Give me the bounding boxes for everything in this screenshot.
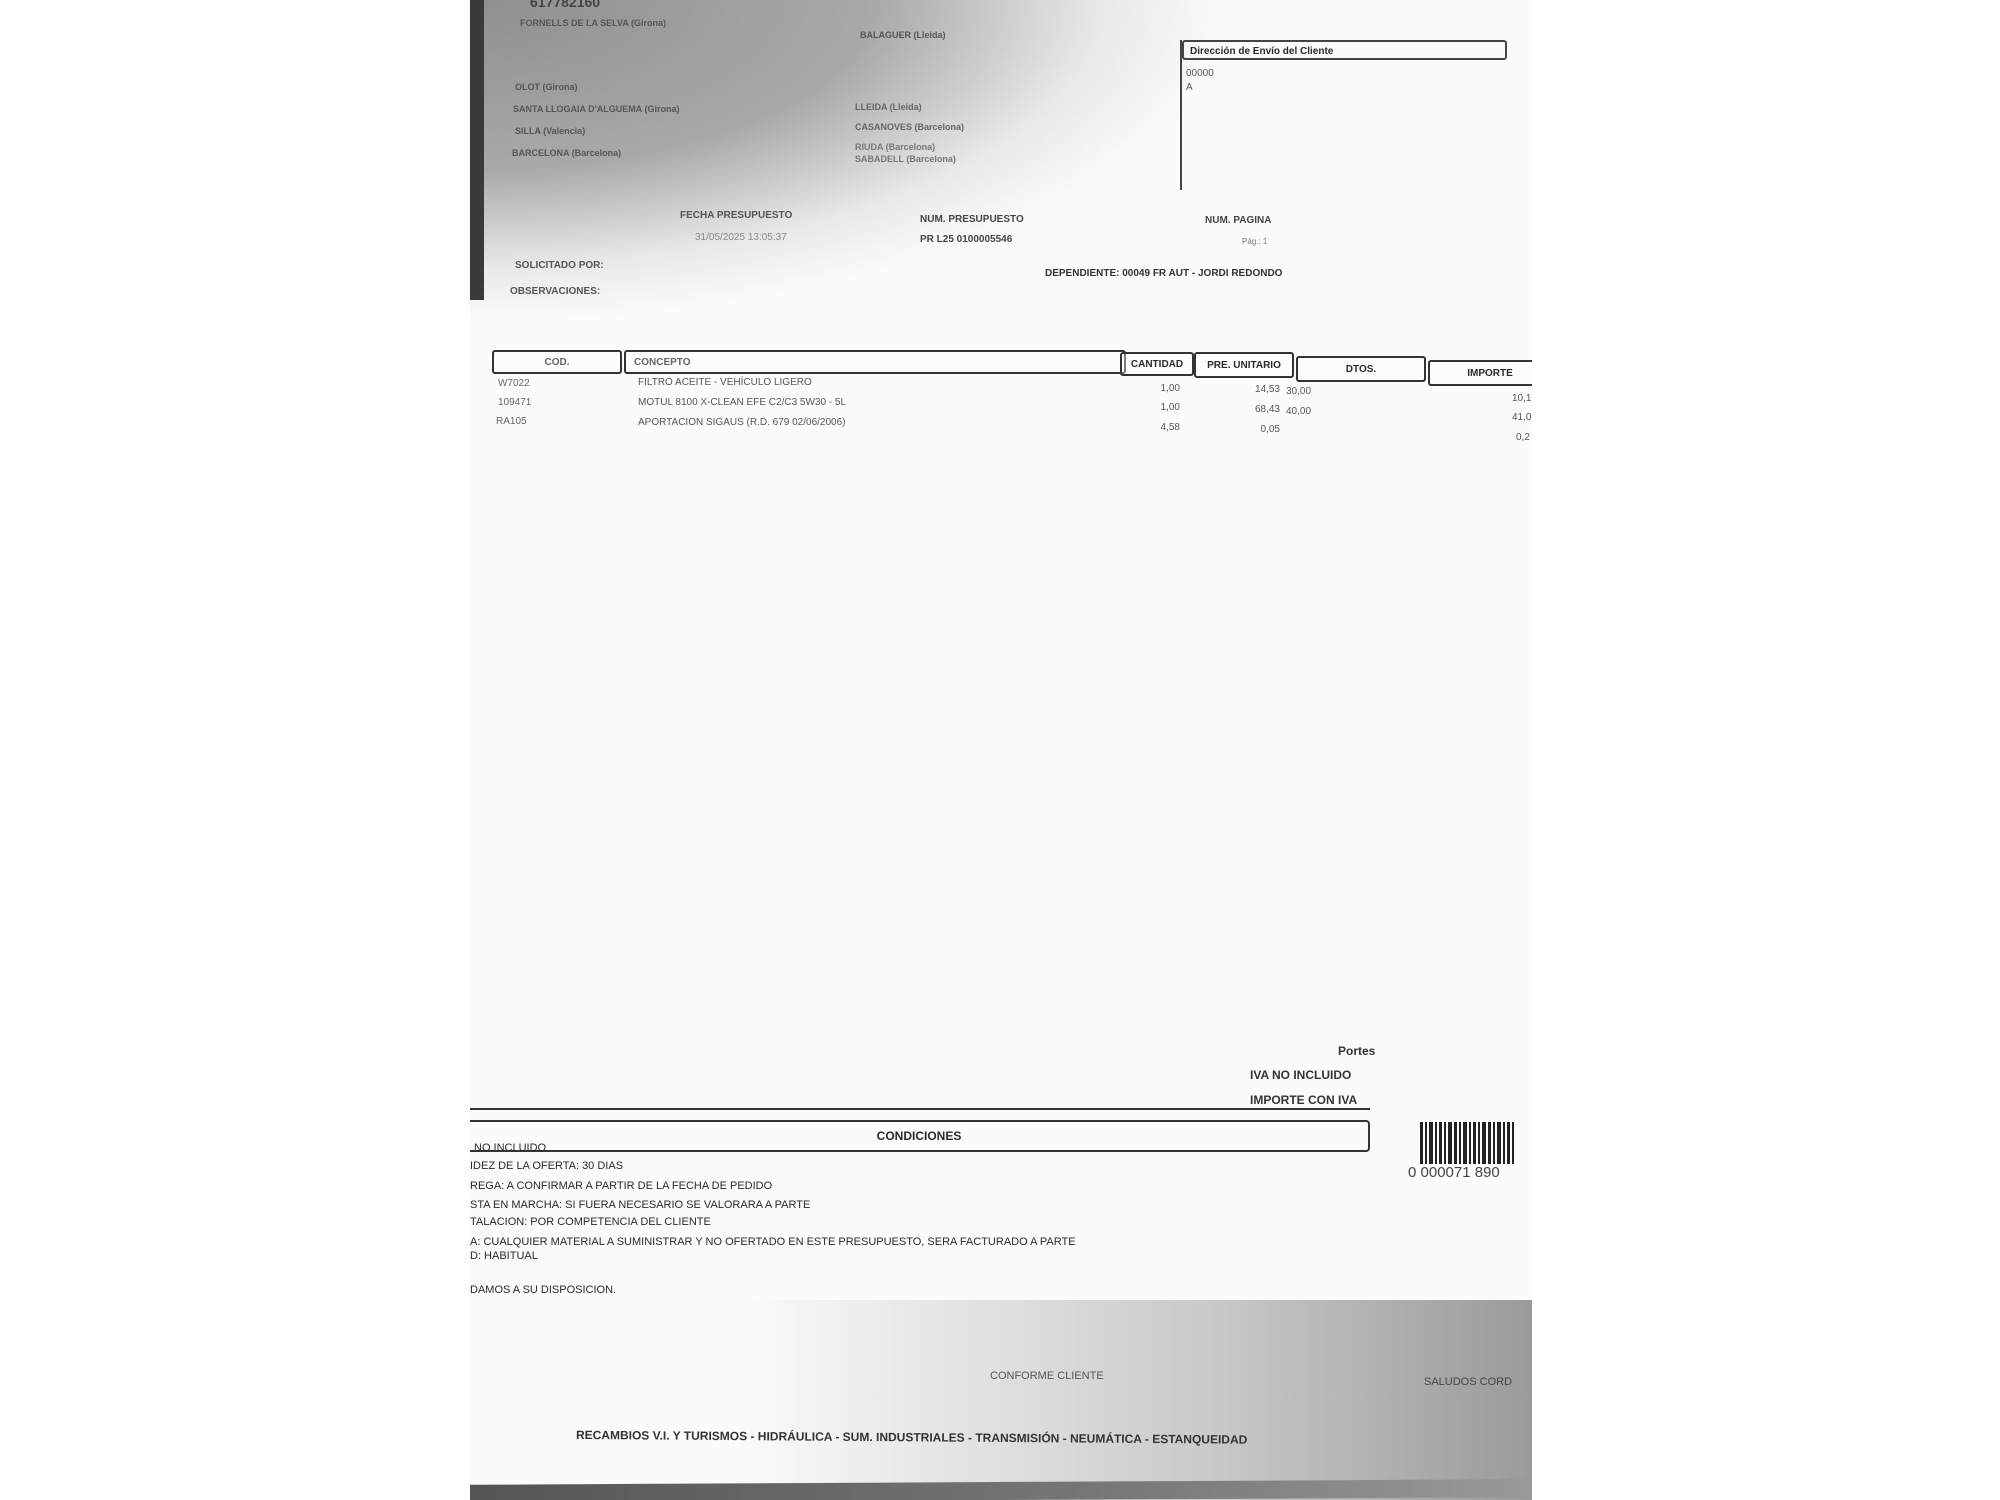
branch-left-4: BARCELONA (Barcelona) xyxy=(512,148,621,158)
shipping-line: A xyxy=(1186,82,1193,93)
scan-shadow-bottom xyxy=(470,1300,1532,1500)
condition-line: IDEZ DE LA OFERTA: 30 DIAS xyxy=(470,1160,623,1172)
condition-line: A: CUALQUIER MATERIAL A SUMINISTRAR Y NO… xyxy=(470,1236,1076,1248)
shipping-title: Dirección de Envío del Cliente xyxy=(1182,40,1507,60)
phone-header: 617782160 xyxy=(530,0,600,10)
col-header-importe: IMPORTE xyxy=(1428,360,1532,386)
scan-edge xyxy=(470,0,484,300)
col-header-dtos: DTOS. xyxy=(1296,356,1426,382)
condition-line: REGA: A CONFIRMAR A PARTIR DE LA FECHA D… xyxy=(470,1180,772,1192)
row-concepto: FILTRO ACEITE - VEHÍCULO LIGERO xyxy=(638,377,812,388)
solicitado-label: SOLICITADO POR: xyxy=(515,260,604,271)
num-pagina-label: NUM. PAGINA xyxy=(1205,215,1271,226)
conforme-cliente: CONFORME CLIENTE xyxy=(990,1370,1104,1382)
barcode-number: 0 000071 890 xyxy=(1408,1164,1500,1181)
scanned-quote-page: 617782160 FORNELLS DE LA SELVA (Girona) … xyxy=(470,0,1532,1500)
col-header-precio: PRE. UNITARIO xyxy=(1194,352,1294,378)
row-dto: 40,00 xyxy=(1286,406,1311,417)
condition-line: D: HABITUAL xyxy=(470,1250,538,1262)
num-presupuesto-label: NUM. PRESUPUESTO xyxy=(920,214,1024,225)
row-concepto: MOTUL 8100 X-CLEAN EFE C2/C3 5W30 - 5L xyxy=(638,397,846,408)
branch-right-4: SABADELL (Barcelona) xyxy=(855,154,956,164)
row-cod: W7022 xyxy=(498,378,530,389)
condition-line: NO INCLUIDO xyxy=(474,1142,546,1154)
branch-left-2: SANTA LLOGAIA D'ALGUEMA (Girona) xyxy=(513,104,679,114)
branch-left-0: FORNELLS DE LA SELVA (Girona) xyxy=(520,18,666,28)
conditions-closing: DAMOS A SU DISPOSICION. xyxy=(470,1284,616,1296)
condition-line: TALACION: POR COMPETENCIA DEL CLIENTE xyxy=(470,1216,711,1228)
row-concepto: APORTACION SIGAUS (R.D. 679 02/06/2006) xyxy=(638,417,846,428)
row-precio: 0,05 xyxy=(1210,424,1280,435)
row-cantidad: 1,00 xyxy=(1130,402,1180,413)
branch-left-3: SILLA (Valencia) xyxy=(515,126,585,136)
conditions-title: CONDICIONES xyxy=(470,1120,1370,1152)
row-cod: RA105 xyxy=(496,416,527,427)
row-cantidad: 4,58 xyxy=(1130,422,1180,433)
row-importe: 41,0 xyxy=(1512,412,1531,423)
fecha-label: FECHA PRESUPUESTO xyxy=(680,210,792,221)
branch-right-3: RIUDA (Barcelona) xyxy=(855,142,935,152)
col-header-concepto: CONCEPTO xyxy=(624,350,1126,374)
num-pagina-value: Pág.: 1 xyxy=(1242,237,1267,246)
num-presupuesto-value: PR L25 0100005546 xyxy=(920,234,1012,245)
portes-label: Portes xyxy=(1338,1044,1375,1058)
shipping-address-box xyxy=(1180,40,1518,190)
observaciones-label: OBSERVACIONES: xyxy=(510,286,600,297)
branch-right-1: LLEIDA (Lleida) xyxy=(855,102,922,112)
fecha-value: 31/05/2025 13:05:37 xyxy=(695,232,787,243)
condition-line: STA EN MARCHA: SI FUERA NECESARIO SE VAL… xyxy=(470,1199,810,1211)
branch-right-2: CASANOVES (Barcelona) xyxy=(855,122,964,132)
row-importe: 10,1 xyxy=(1512,393,1531,404)
divider xyxy=(470,1108,1370,1110)
branch-right-0: BALAGUER (Lleida) xyxy=(860,30,946,40)
branch-left-1: OLOT (Girona) xyxy=(515,82,578,92)
barcode xyxy=(1420,1122,1532,1164)
importe-con-iva-label: IMPORTE CON IVA xyxy=(1250,1093,1357,1107)
row-dto: 30,00 xyxy=(1286,386,1311,397)
row-precio: 68,43 xyxy=(1210,404,1280,415)
iva-no-incluido-label: IVA NO INCLUIDO xyxy=(1250,1068,1351,1082)
col-header-cantidad: CANTIDAD xyxy=(1120,352,1194,376)
col-header-cod: COD. xyxy=(492,350,622,374)
shipping-code: 00000 xyxy=(1186,68,1214,79)
row-importe: 0,2 xyxy=(1516,432,1530,443)
row-cantidad: 1,00 xyxy=(1130,383,1180,394)
saludos: SALUDOS CORD xyxy=(1424,1376,1512,1388)
row-cod: 109471 xyxy=(498,397,531,408)
row-precio: 14,53 xyxy=(1210,384,1280,395)
dependiente: DEPENDIENTE: 00049 FR AUT - JORDI REDOND… xyxy=(1045,268,1282,279)
